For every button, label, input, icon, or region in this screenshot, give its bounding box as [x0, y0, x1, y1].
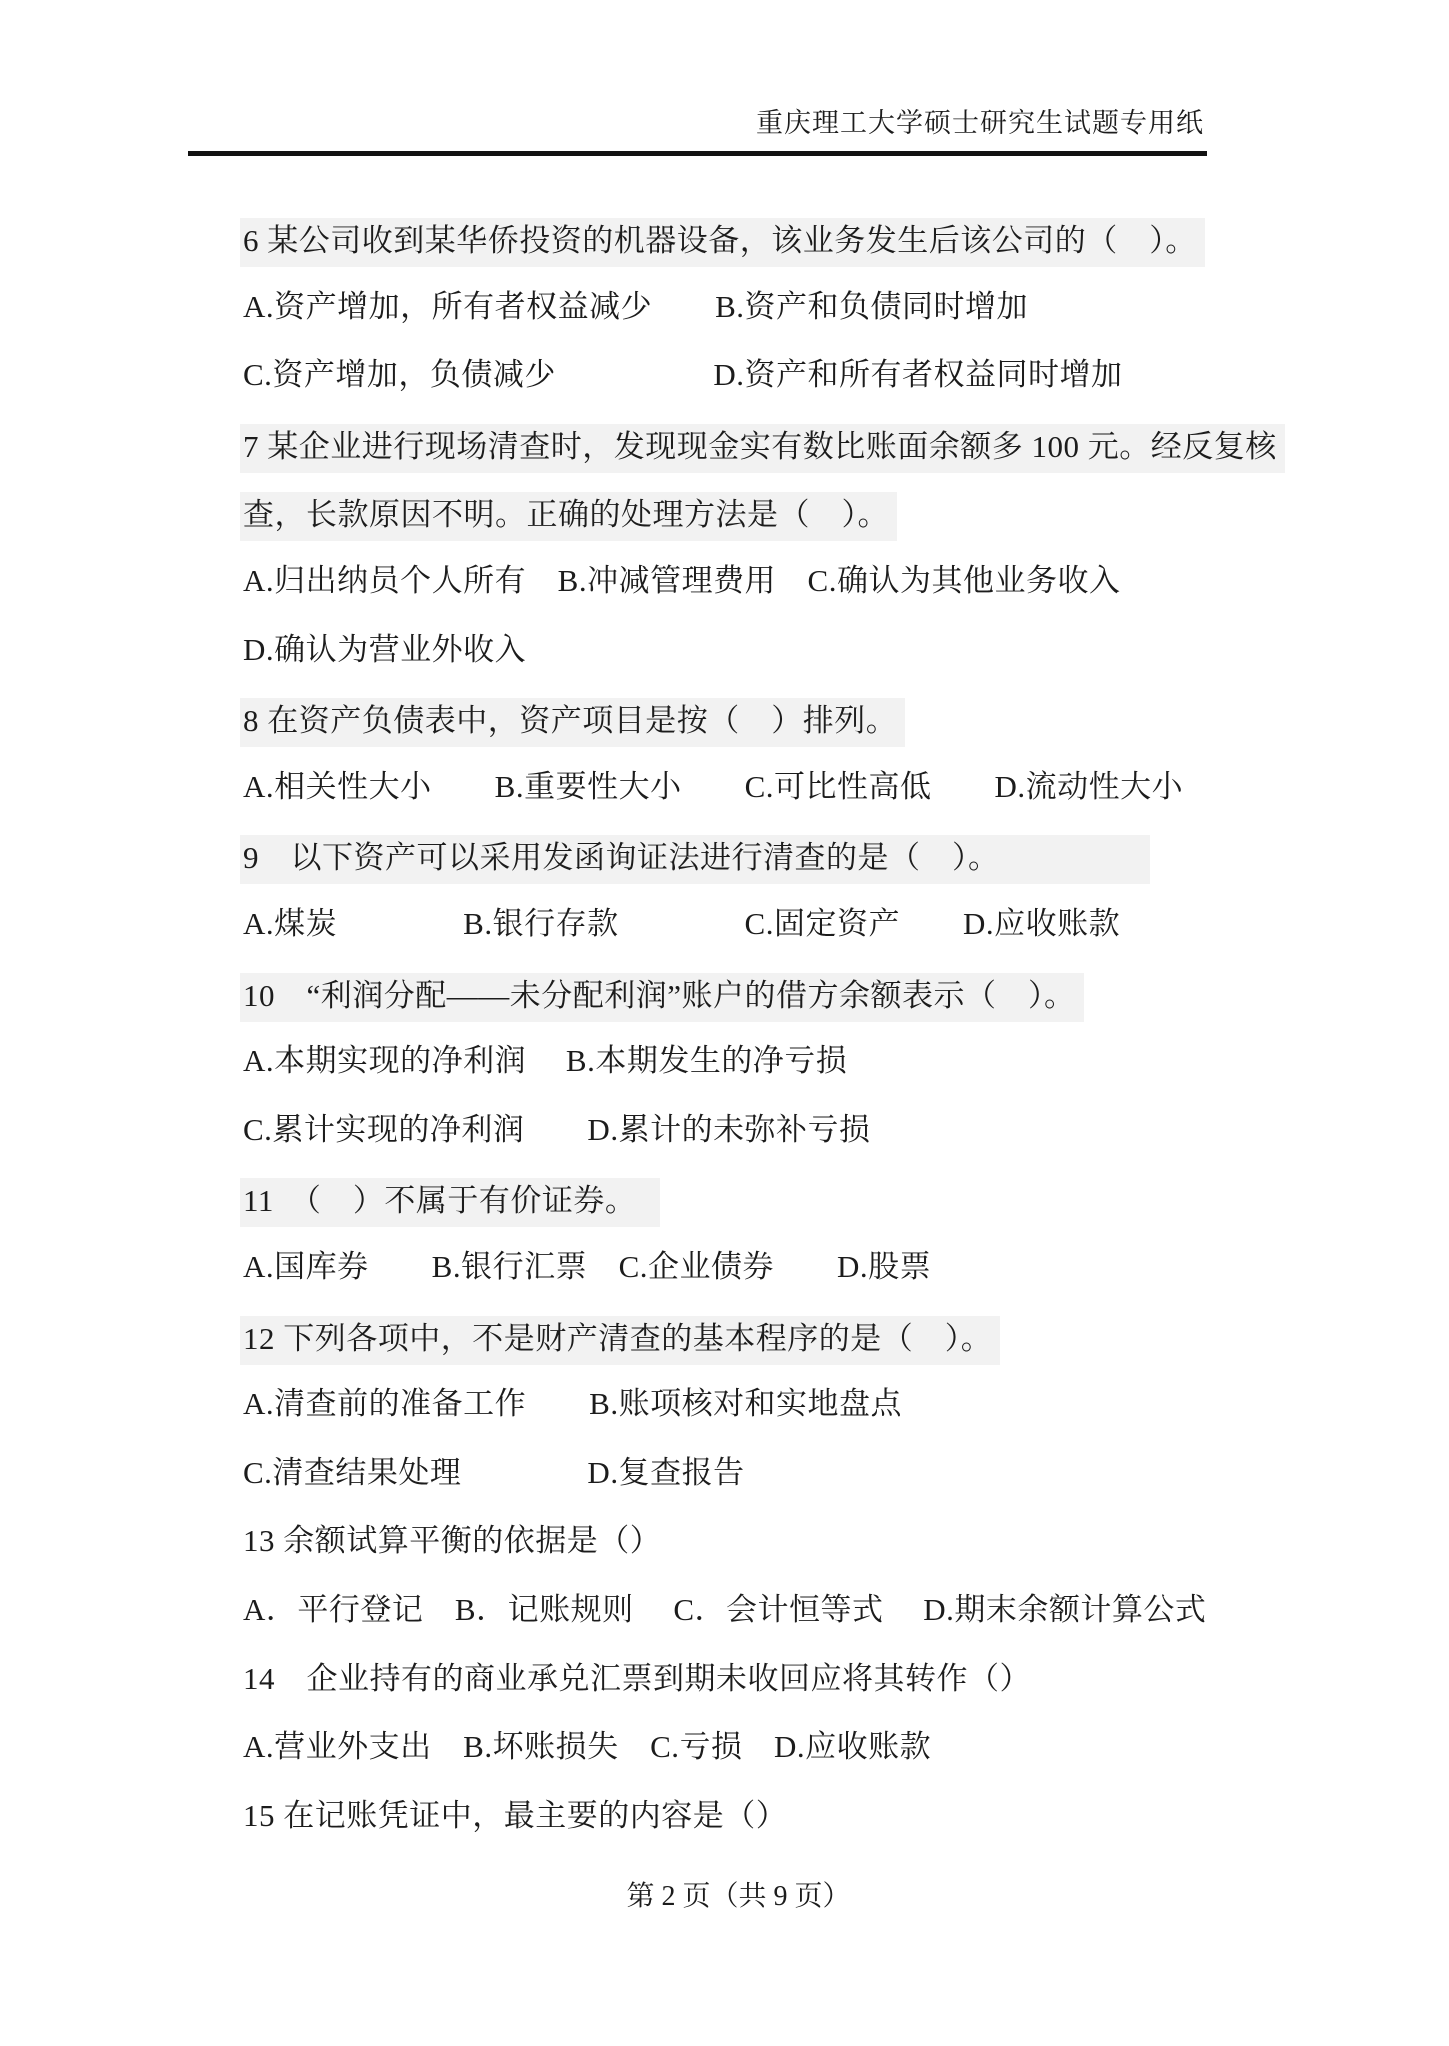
document-line: A.归出纳员个人所有 B.冲减管理费用 C.确认为其他业务收入 — [243, 561, 1121, 601]
document-line: C.资产增加，负债减少 D.资产和所有者权益同时增加 — [243, 355, 1123, 395]
document-line: 13 余额试算平衡的依据是（） — [243, 1521, 661, 1561]
line-text: A.本期实现的净利润 B.本期发生的净亏损 — [243, 1041, 847, 1081]
question-stem-text: 10 “利润分配——未分配利润”账户的借方余额表示（ ）。 — [240, 973, 1084, 1022]
line-text: A.清查前的准备工作 B.账项核对和实地盘点 — [243, 1384, 902, 1424]
question-stem-text: 7 某企业进行现场清查时，发现现金实有数比账面余额多 100 元。经反复核 — [240, 424, 1285, 473]
document-line: 12 下列各项中，不是财产清查的基本程序的是（ ）。 — [243, 1316, 1000, 1365]
question-stem-text: 9 以下资产可以采用发函询证法进行清查的是（ ）。 — [240, 835, 1150, 884]
document-line: 查，长款原因不明。正确的处理方法是（ ）。 — [243, 492, 897, 541]
question-lines-container: 6 某公司收到某华侨投资的机器设备，该业务发生后该公司的（ ）。A.资产增加，所… — [0, 0, 1449, 2046]
document-line: 9 以下资产可以采用发函询证法进行清查的是（ ）。 — [243, 835, 1150, 884]
exam-page: 重庆理工大学硕士研究生试题专用纸 6 某公司收到某华侨投资的机器设备，该业务发生… — [0, 0, 1449, 2046]
line-text: A.煤炭 B.银行存款 C.固定资产 D.应收账款 — [243, 904, 1120, 944]
document-line: 15 在记账凭证中，最主要的内容是（） — [243, 1796, 787, 1836]
question-stem-text: 8 在资产负债表中，资产项目是按（ ）排列。 — [240, 698, 905, 747]
document-line: 10 “利润分配——未分配利润”账户的借方余额表示（ ）。 — [243, 973, 1084, 1022]
document-line: 8 在资产负债表中，资产项目是按（ ）排列。 — [243, 698, 905, 747]
document-line: 14 企业持有的商业承兑汇票到期未收回应将其转作（） — [243, 1659, 1031, 1699]
line-text: C.资产增加，负债减少 D.资产和所有者权益同时增加 — [243, 355, 1123, 395]
line-text: 13 余额试算平衡的依据是（） — [243, 1521, 661, 1561]
document-line: A.国库券 B.银行汇票 C.企业债券 D.股票 — [243, 1247, 931, 1287]
document-line: 6 某公司收到某华侨投资的机器设备，该业务发生后该公司的（ ）。 — [243, 218, 1205, 267]
document-line: C.清查结果处理 D.复查报告 — [243, 1453, 745, 1493]
page-number-label: 第 2 页（共 9 页） — [626, 1881, 850, 1912]
document-line: A.相关性大小 B.重要性大小 C.可比性高低 D.流动性大小 — [243, 767, 1183, 807]
question-stem-text: 6 某公司收到某华侨投资的机器设备，该业务发生后该公司的（ ）。 — [240, 218, 1205, 267]
document-line: 11 （ ）不属于有价证券。 — [243, 1178, 660, 1227]
line-text: A.营业外支出 B.坏账损失 C.亏损 D.应收账款 — [243, 1727, 931, 1767]
line-text: D.确认为营业外收入 — [243, 630, 526, 670]
document-line: A.煤炭 B.银行存款 C.固定资产 D.应收账款 — [243, 904, 1120, 944]
document-line: D.确认为营业外收入 — [243, 630, 526, 670]
document-line: A.资产增加，所有者权益减少 B.资产和负债同时增加 — [243, 287, 1028, 327]
document-line: A.营业外支出 B.坏账损失 C.亏损 D.应收账款 — [243, 1727, 931, 1767]
page-footer: 第 2 页（共 9 页） — [0, 1843, 1449, 1951]
document-line: 7 某企业进行现场清查时，发现现金实有数比账面余额多 100 元。经反复核 — [243, 424, 1285, 473]
line-text: A.国库券 B.银行汇票 C.企业债券 D.股票 — [243, 1247, 931, 1287]
document-line: A．平行登记 B．记账规则 C．会计恒等式 D.期末余额计算公式 — [243, 1590, 1206, 1630]
question-stem-text: 查，长款原因不明。正确的处理方法是（ ）。 — [240, 492, 897, 541]
line-text: C.清查结果处理 D.复查报告 — [243, 1453, 745, 1493]
document-line: A.清查前的准备工作 B.账项核对和实地盘点 — [243, 1384, 902, 1424]
line-text: C.累计实现的净利润 D.累计的未弥补亏损 — [243, 1110, 871, 1150]
question-stem-text: 12 下列各项中，不是财产清查的基本程序的是（ ）。 — [240, 1316, 1000, 1365]
document-line: A.本期实现的净利润 B.本期发生的净亏损 — [243, 1041, 847, 1081]
line-text: A.资产增加，所有者权益减少 B.资产和负债同时增加 — [243, 287, 1028, 327]
line-text: A.相关性大小 B.重要性大小 C.可比性高低 D.流动性大小 — [243, 767, 1183, 807]
question-stem-text: 11 （ ）不属于有价证券。 — [240, 1178, 660, 1227]
line-text: 15 在记账凭证中，最主要的内容是（） — [243, 1796, 787, 1836]
line-text: A.归出纳员个人所有 B.冲减管理费用 C.确认为其他业务收入 — [243, 561, 1121, 601]
line-text: 14 企业持有的商业承兑汇票到期未收回应将其转作（） — [243, 1659, 1031, 1699]
document-line: C.累计实现的净利润 D.累计的未弥补亏损 — [243, 1110, 871, 1150]
line-text: A．平行登记 B．记账规则 C．会计恒等式 D.期末余额计算公式 — [243, 1590, 1206, 1630]
